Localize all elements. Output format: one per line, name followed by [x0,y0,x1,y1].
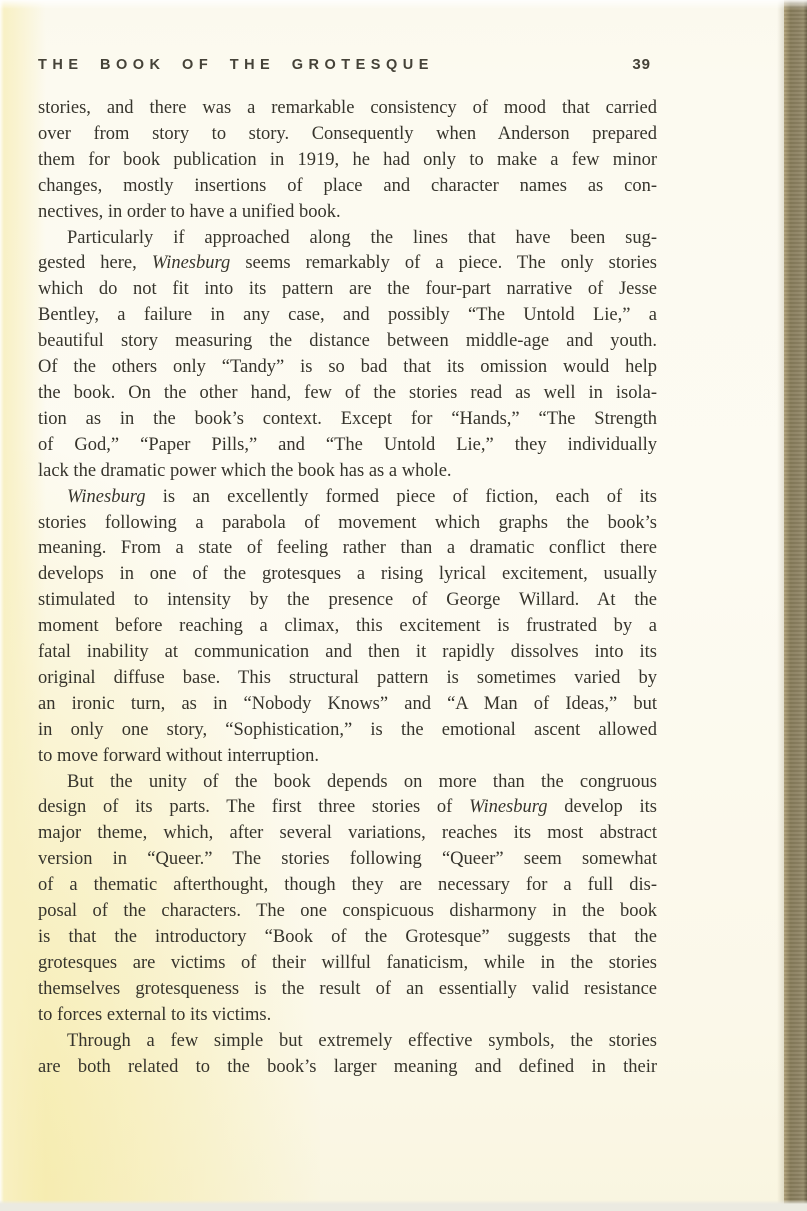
text-line: themselves grotesqueness is the result o… [38,977,657,1003]
text-line: of God,” “Paper Pills,” and “The Untold … [38,433,657,459]
text-line: stories, and there was a remarkable cons… [38,96,657,122]
text-segment: beautiful story measuring the distance b… [38,331,657,351]
page-number: 39 [632,56,651,73]
text-segment: Bentley, a failure in any case, and poss… [38,305,657,325]
text-block: stories, and there was a remarkable cons… [38,96,657,1080]
running-title: THE BOOK OF THE GROTESQUE [38,57,434,73]
text-segment: in only one story, “Sophistication,” is … [38,720,657,740]
text-segment: nectives, in order to have a unified boo… [38,202,341,222]
text-segment: Of the others only “Tandy” is so bad tha… [38,357,657,377]
text-segment: tion as in the book’s context. Except fo… [38,409,657,429]
text-segment: are both related to the book’s larger me… [38,1057,657,1077]
text-segment: stories, and there was a remarkable cons… [38,98,657,118]
text-segment: Particularly if approached along the lin… [67,228,657,248]
page-top-edge [0,0,807,9]
text-segment: them for book publication in 1919, he ha… [38,150,657,170]
paragraph: stories, and there was a remarkable cons… [38,96,657,226]
text-line: an ironic turn, as in “Nobody Knows” and… [38,692,657,718]
text-line: are both related to the book’s larger me… [38,1055,657,1081]
text-segment: Through a few simple but extremely effec… [67,1031,657,1051]
text-segment: posal of the characters. The one conspic… [38,901,657,921]
text-line: moment before reaching a climax, this ex… [38,614,657,640]
text-line: is that the introductory “Book of the Gr… [38,925,657,951]
text-line: design of its parts. The first three sto… [38,795,657,821]
text-line: stimulated to intensity by the presence … [38,588,657,614]
text-segment: an ironic turn, as in “Nobody Knows” and… [38,694,657,714]
text-line: the book. On the other hand, few of the … [38,381,657,407]
text-line: to move forward without interruption. [38,744,657,770]
italic-book-title: Winesburg [67,487,145,507]
text-line: beautiful story measuring the distance b… [38,329,657,355]
text-line: But the unity of the book depends on mor… [38,770,657,796]
page-bottom-edge [0,1200,807,1211]
text-segment: to move forward without interruption. [38,746,319,766]
text-line: major theme, which, after several variat… [38,821,657,847]
text-line: tion as in the book’s context. Except fo… [38,407,657,433]
paragraph: Winesburg is an excellently formed piece… [38,485,657,770]
text-line: posal of the characters. The one conspic… [38,899,657,925]
text-segment: changes, mostly insertions of place and … [38,176,657,196]
text-segment: major theme, which, after several variat… [38,823,657,843]
text-line: lack the dramatic power which the book h… [38,459,657,485]
text-segment: But the unity of the book depends on mor… [67,772,657,792]
text-segment: over from story to story. Consequently w… [38,124,657,144]
text-segment: develops in one of the grotesques a risi… [38,564,657,584]
text-segment: lack the dramatic power which the book h… [38,461,452,481]
text-segment: meaning. From a state of feeling rather … [38,538,657,558]
text-segment: which do not fit into its pattern are th… [38,279,657,299]
text-segment: version in “Queer.” The stories followin… [38,849,657,869]
text-segment: to forces external to its victims. [38,1005,271,1025]
text-segment: stimulated to intensity by the presence … [38,590,657,610]
italic-book-title: Winesburg [152,253,230,273]
text-line: Bentley, a failure in any case, and poss… [38,303,657,329]
text-line: nectives, in order to have a unified boo… [38,200,657,226]
text-line: original diffuse base. This structural p… [38,666,657,692]
text-line: Through a few simple but extremely effec… [38,1029,657,1055]
text-segment: grotesques are victims of their willful … [38,953,657,973]
text-line: Of the others only “Tandy” is so bad tha… [38,355,657,381]
text-line: over from story to story. Consequently w… [38,122,657,148]
text-segment: moment before reaching a climax, this ex… [38,616,657,636]
book-page-edges [784,0,807,1211]
text-segment: of a thematic afterthought, though they … [38,875,657,895]
text-line: in only one story, “Sophistication,” is … [38,718,657,744]
text-segment: develop its [548,797,657,817]
text-segment: is an excellently formed piece of fictio… [145,487,657,507]
paragraph: Through a few simple but extremely effec… [38,1029,657,1081]
text-line: Winesburg is an excellently formed piece… [38,485,657,511]
text-line: to forces external to its victims. [38,1003,657,1029]
text-segment: design of its parts. The first three sto… [38,797,469,817]
text-segment: fatal inability at communication and the… [38,642,657,662]
book-page-scan: THE BOOK OF THE GROTESQUE 39 stories, an… [0,0,807,1211]
text-segment: themselves grotesqueness is the result o… [38,979,657,999]
text-segment: of God,” “Paper Pills,” and “The Untold … [38,435,657,455]
text-line: changes, mostly insertions of place and … [38,174,657,200]
text-line: stories following a parabola of movement… [38,511,657,537]
text-line: develops in one of the grotesques a risi… [38,562,657,588]
paragraph: Particularly if approached along the lin… [38,226,657,485]
text-line: of a thematic afterthought, though they … [38,873,657,899]
italic-book-title: Winesburg [469,797,547,817]
text-segment: stories following a parabola of movement… [38,513,657,533]
text-segment: gested here, [38,253,152,273]
text-line: meaning. From a state of feeling rather … [38,536,657,562]
text-line: version in “Queer.” The stories followin… [38,847,657,873]
text-segment: original diffuse base. This structural p… [38,668,657,688]
text-line: fatal inability at communication and the… [38,640,657,666]
text-segment: the book. On the other hand, few of the … [38,383,657,403]
text-segment: seems remarkably of a piece. The only st… [230,253,657,273]
page-header: THE BOOK OF THE GROTESQUE 39 [38,56,655,73]
paragraph: But the unity of the book depends on mor… [38,770,657,1029]
text-line: gested here, Winesburg seems remarkably … [38,251,657,277]
text-line: grotesques are victims of their willful … [38,951,657,977]
text-segment: is that the introductory “Book of the Gr… [38,927,657,947]
text-line: Particularly if approached along the lin… [38,226,657,252]
text-line: which do not fit into its pattern are th… [38,277,657,303]
text-line: them for book publication in 1919, he ha… [38,148,657,174]
